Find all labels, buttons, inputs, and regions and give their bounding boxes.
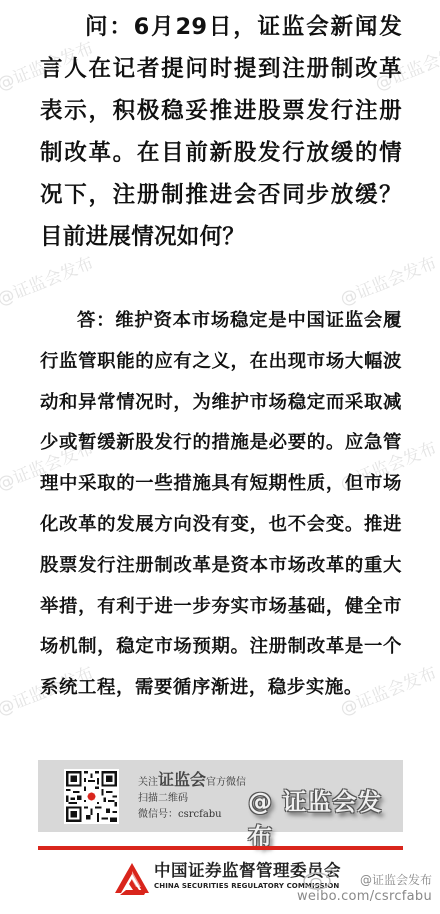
question-paragraph: 问：6月29日，证监会新闻发言人在记者提问时提到注册制改革表示，积极稳妥推进股票… — [40, 6, 402, 258]
weibo-handle-banner: @ 证监会发布 — [248, 782, 403, 852]
wechat-follow-panel: 关注证监会官方微信 扫描二维码 微信号：csrcfabu @ 证监会发布 — [38, 760, 403, 832]
follow-brand: 证监会 — [158, 770, 206, 789]
answer-paragraph: 答：维护资本市场稳定是中国证监会履行监管职能的应有之义，在出现市场大幅波动和异常… — [40, 301, 402, 709]
scan-qr-line: 扫描二维码 — [138, 791, 246, 807]
red-divider — [38, 846, 403, 850]
follow-line: 关注证监会官方微信 — [138, 772, 246, 791]
follow-prefix: 关注 — [138, 777, 158, 788]
csrc-logo-icon — [114, 862, 150, 896]
wechat-id-line: 微信号：csrcfabu — [138, 807, 246, 823]
follow-suffix: 官方微信 — [206, 777, 246, 788]
wechat-follow-text: 关注证监会官方微信 扫描二维码 微信号：csrcfabu — [138, 772, 246, 823]
weibo-credit: @证监会发布 weibo.com/csrcfabu — [297, 872, 432, 905]
qr-code-icon[interactable] — [64, 769, 119, 824]
weibo-icon — [300, 862, 340, 892]
